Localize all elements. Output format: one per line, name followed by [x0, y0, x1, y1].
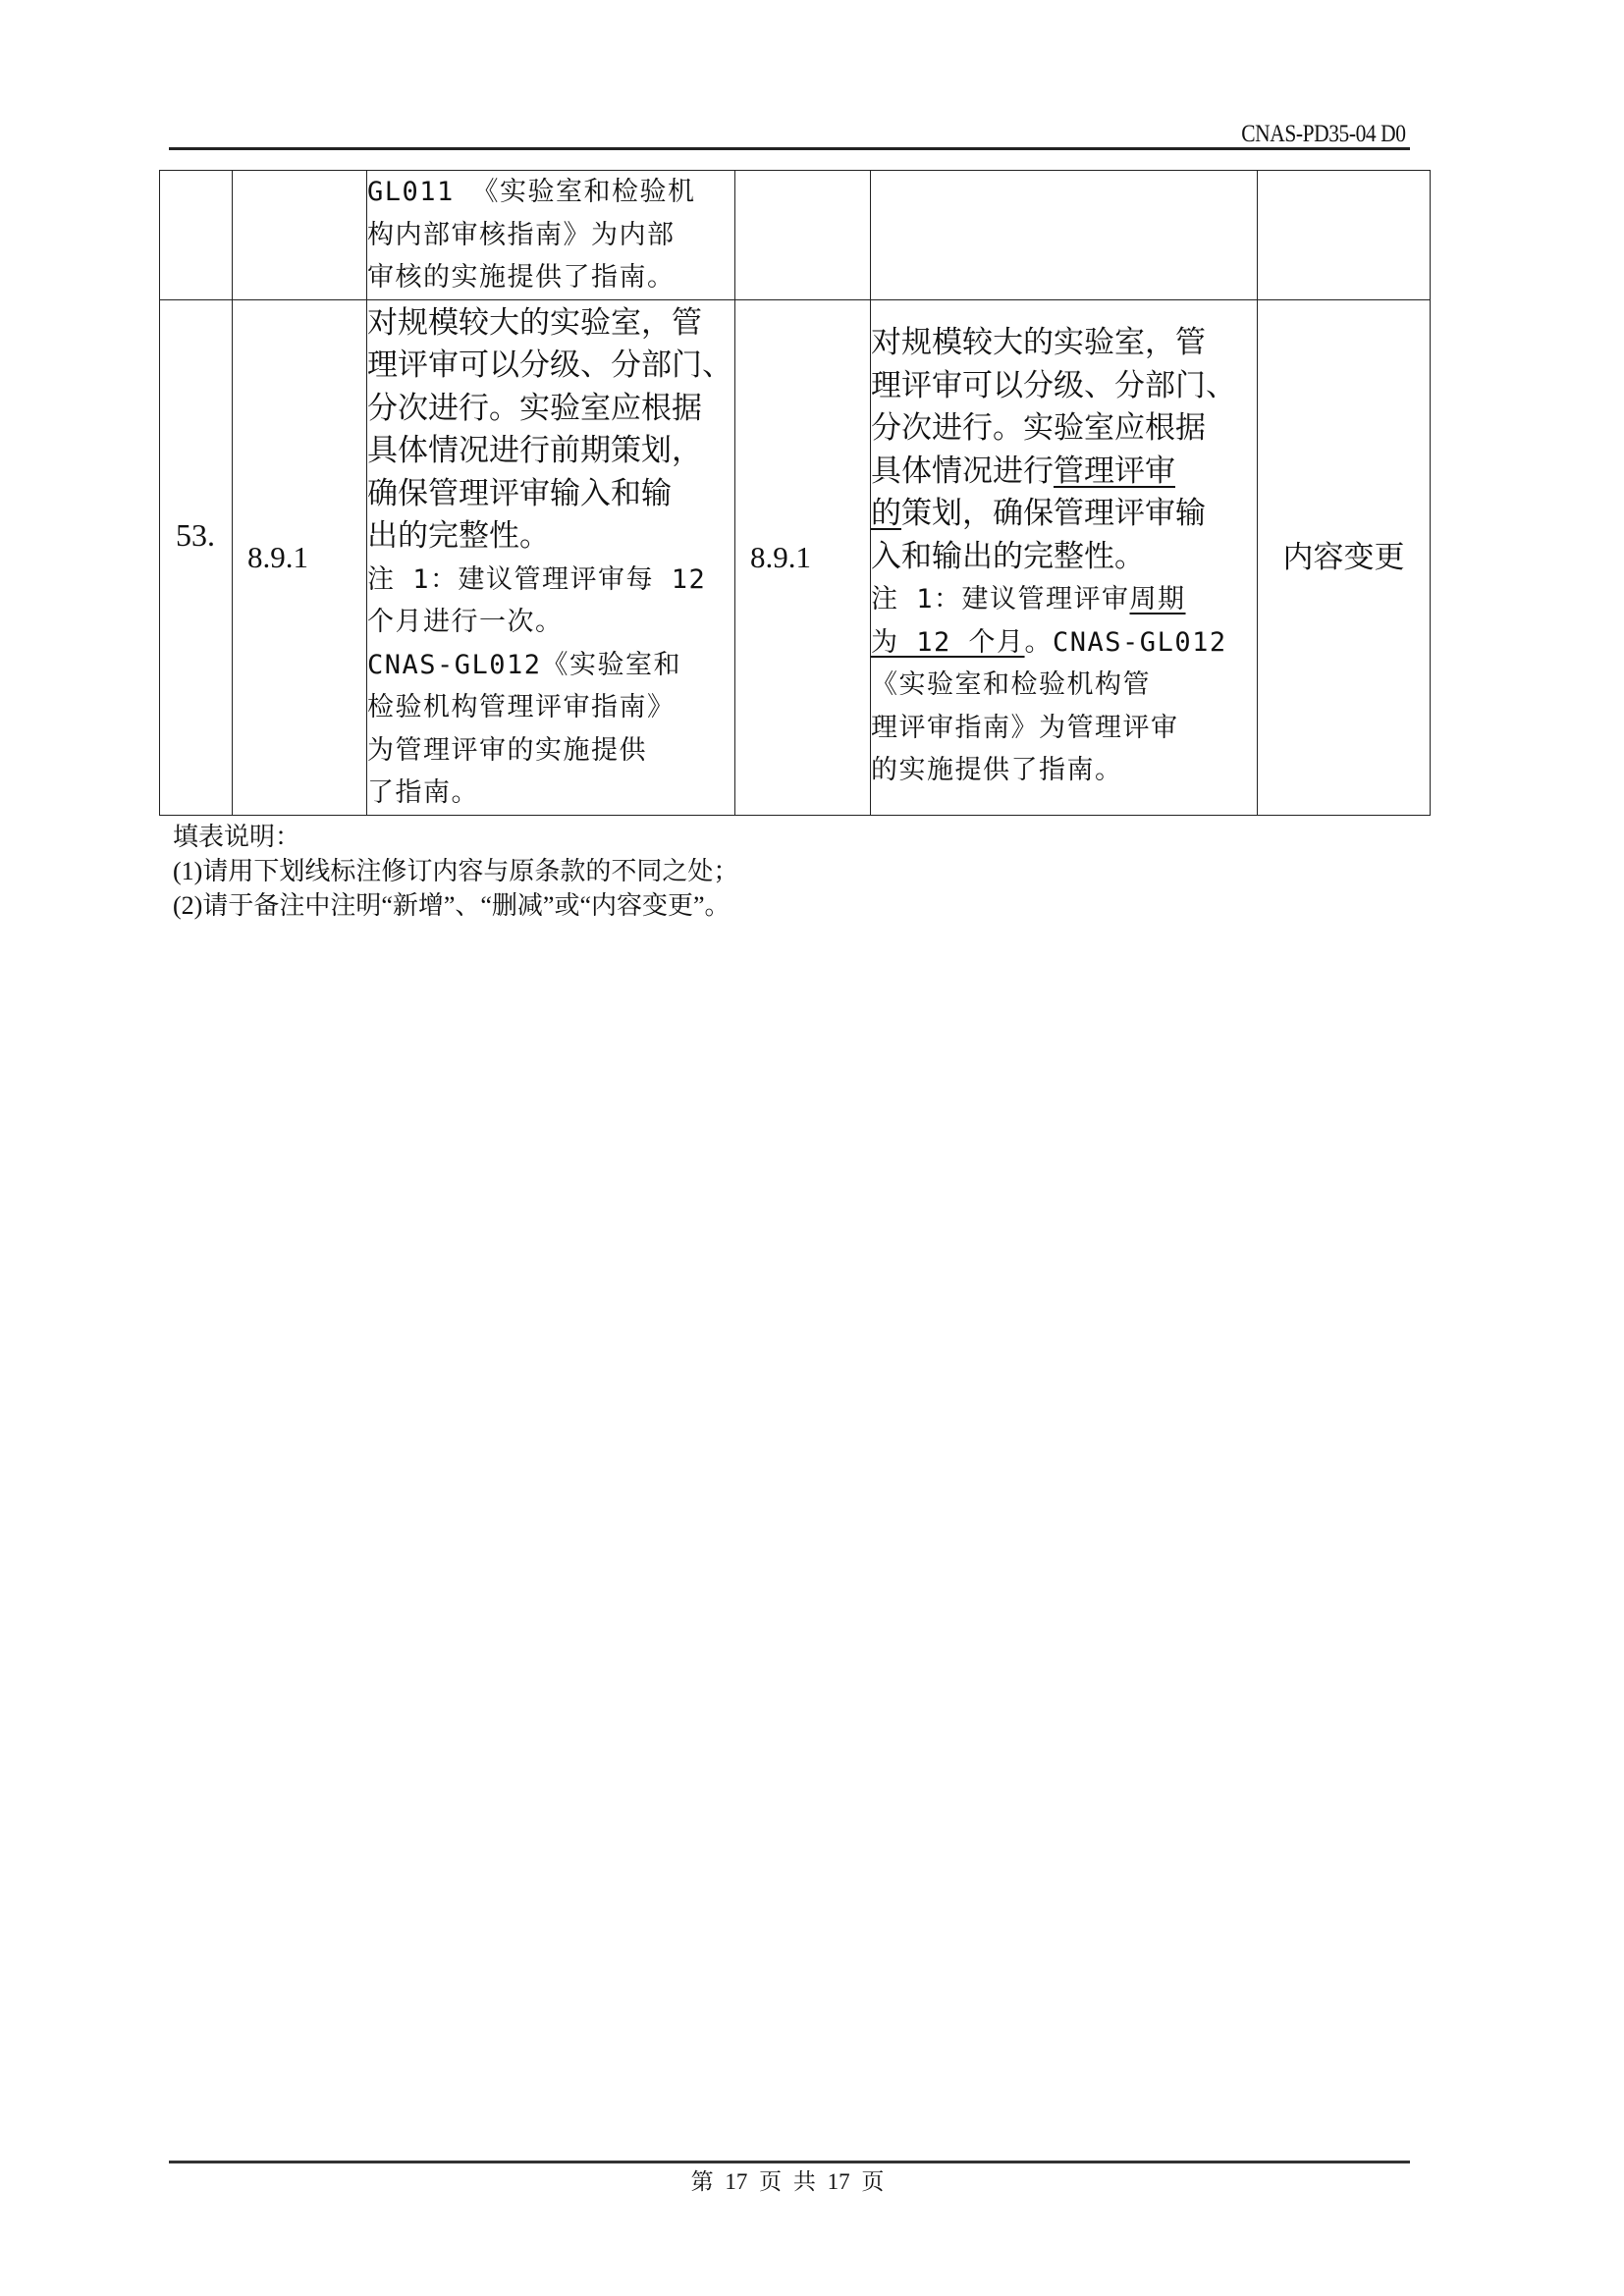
original-text-line: 理评审可以分级、分部门、	[367, 345, 734, 388]
revised-note-line: 的实施提供了指南。	[871, 749, 1257, 792]
page-number: 第 17 页 共 17 页	[0, 2168, 1575, 2196]
remark-cell: 内容变更	[1258, 299, 1431, 815]
original-note-line: 了指南。	[367, 772, 734, 815]
original-note-line: 为管理评审的实施提供	[367, 729, 734, 773]
original-clause-cell: 8.9.1	[233, 299, 367, 815]
revised-text-line: 理评审可以分级、分部门、	[871, 365, 1257, 408]
original-text-line: GL011 《实验室和检验机	[367, 171, 734, 214]
instruction-item: (1)请用下划线标注修订内容与原条款的不同之处；	[173, 854, 738, 888]
revised-clause-number: 8.9.1	[735, 540, 811, 574]
revision-underline: 为 12 个月	[871, 627, 1025, 658]
revised-note-line: 为 12 个月。CNAS-GL012	[871, 621, 1257, 665]
revised-text-line: 分次进行。实验室应根据	[871, 407, 1257, 451]
remark-text: 内容变更	[1283, 540, 1405, 574]
original-clause-cell	[233, 171, 367, 300]
revised-text-line: 的策划，确保管理评审输	[871, 493, 1257, 536]
original-text-line: 构内部审核指南》为内部	[367, 214, 734, 257]
table-row-continued: GL011 《实验室和检验机 构内部审核指南》为内部 审核的实施提供了指南。	[160, 171, 1431, 300]
instruction-item: (2)请于备注中注明“新增”、“删减”或“内容变更”。	[173, 888, 738, 923]
original-text-cell: 对规模较大的实验室，管 理评审可以分级、分部门、 分次进行。实验室应根据 具体情…	[367, 299, 735, 815]
footer-rule	[169, 2161, 1410, 2163]
revised-clause-cell: 8.9.1	[735, 299, 871, 815]
revised-text-line: 对规模较大的实验室，管	[871, 322, 1257, 365]
revised-text-cell: 对规模较大的实验室，管 理评审可以分级、分部门、 分次进行。实验室应根据 具体情…	[871, 299, 1258, 815]
item-number-cell	[160, 171, 233, 300]
item-number: 53.	[160, 514, 232, 558]
original-clause-number: 8.9.1	[233, 540, 308, 574]
revised-text-line: 具体情况进行管理评审	[871, 451, 1257, 494]
revision-comparison-table: GL011 《实验室和检验机 构内部审核指南》为内部 审核的实施提供了指南。 5…	[159, 170, 1431, 816]
original-text-line: 具体情况进行前期策划，	[367, 430, 734, 473]
form-instructions: 填表说明： (1)请用下划线标注修订内容与原条款的不同之处； (2)请于备注中注…	[173, 820, 738, 923]
instructions-title: 填表说明：	[173, 820, 738, 854]
revised-clause-cell	[735, 171, 871, 300]
remark-cell	[1258, 171, 1431, 300]
revised-note-line: 理评审指南》为管理评审	[871, 707, 1257, 750]
document-code: CNAS-PD35-04 D0	[1242, 120, 1406, 149]
original-text-line: 分次进行。实验室应根据	[367, 388, 734, 431]
revised-text-line: 入和输出的完整性。	[871, 536, 1257, 579]
revised-note-line: 《实验室和检验机构管	[871, 664, 1257, 707]
original-note-line: 个月进行一次。	[367, 601, 734, 644]
item-number-cell: 53.	[160, 299, 233, 815]
original-note-line: CNAS-GL012《实验室和	[367, 644, 734, 687]
revision-underline: 的	[871, 496, 901, 531]
original-text-line: 出的完整性。	[367, 515, 734, 559]
revision-underline: 管理评审	[1054, 454, 1175, 489]
table-row-53: 53. 8.9.1 对规模较大的实验室，管 理评审可以分级、分部门、 分次进行。…	[160, 299, 1431, 815]
original-note-line: 注 1：建议管理评审每 12	[367, 559, 734, 602]
original-text-line: 对规模较大的实验室，管	[367, 302, 734, 346]
original-note-line: 检验机构管理评审指南》	[367, 686, 734, 729]
original-text-line: 确保管理评审输入和输	[367, 473, 734, 516]
revision-underline: 周期	[1130, 584, 1186, 614]
original-text-line: 审核的实施提供了指南。	[367, 256, 734, 299]
revised-note-line: 注 1：建议管理评审周期	[871, 578, 1257, 621]
revised-text-cell	[871, 171, 1258, 300]
original-text-cell: GL011 《实验室和检验机 构内部审核指南》为内部 审核的实施提供了指南。	[367, 171, 735, 300]
header-rule	[169, 147, 1410, 150]
